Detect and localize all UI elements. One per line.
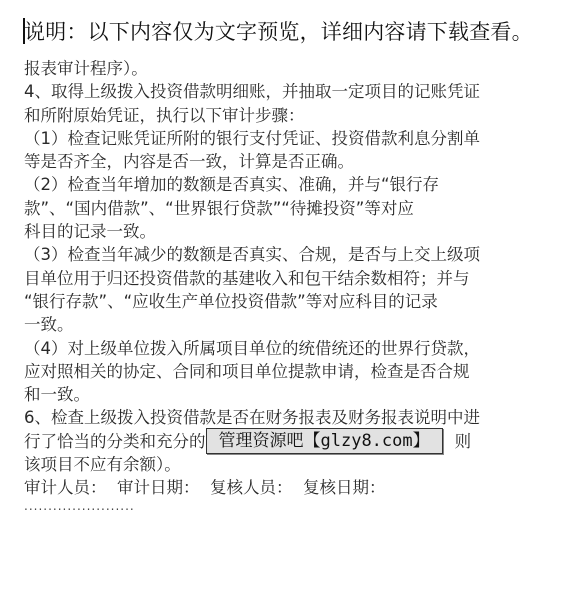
- watermark-line: 行了恰当的分类和充分的管理资源吧【glzy8.com】则: [24, 430, 564, 453]
- text-line: 该项目不应有余额）。: [24, 453, 564, 476]
- text-line: 4、取得上级拨入投资借款明细账，并抽取一定项目的记账凭证: [24, 80, 564, 103]
- text-line: 一致。: [24, 313, 564, 336]
- watermark-link[interactable]: 管理资源吧【glzy8.com】: [206, 428, 443, 454]
- text-line: 和所附原始凭证，执行以下审计步骤：: [24, 104, 564, 127]
- text-line: “银行存款”、“应收生产单位投资借款”等对应科目的记录: [24, 290, 564, 313]
- signature-line: 审计人员： 审计日期： 复核人员： 复核日期：: [24, 476, 564, 499]
- text-line: （2）检查当年增加的数额是否真实、准确，并与“银行存: [24, 173, 564, 196]
- text-line: 科目的记录一致。: [24, 220, 564, 243]
- text-before-watermark: 行了恰当的分类和充分的: [24, 432, 206, 451]
- text-line: 报表审计程序）。: [24, 57, 564, 80]
- text-line: （4）对上级单位拨入所属项目单位的统借统还的世界行贷款，: [24, 337, 564, 360]
- dotted-separator: .......................: [24, 500, 564, 516]
- text-line: （1）检查记账凭证所附的银行支付凭证、投资借款利息分割单: [24, 127, 564, 150]
- text-line: （3）检查当年减少的数额是否真实、合规，是否与上交上级项: [24, 243, 564, 266]
- text-line: 6、检查上级拨入投资借款是否在财务报表及财务报表说明中进: [24, 406, 564, 429]
- text-line: 款”、“国内借款”、“世界银行贷款”“待摊投资”等对应: [24, 197, 564, 220]
- text-line: 和一致。: [24, 383, 564, 406]
- text-line: 等是否齐全，内容是否一致，计算是否正确。: [24, 150, 564, 173]
- preview-notice: 说明：以下内容仅为文字预览，详细内容请下载查看。: [24, 18, 533, 46]
- document-body: 报表审计程序）。 4、取得上级拨入投资借款明细账，并抽取一定项目的记账凭证 和所…: [24, 57, 564, 516]
- text-after-watermark: 则: [455, 432, 472, 451]
- text-line: 应对照相关的协定、合同和项目单位提款申请，检查是否合规: [24, 360, 564, 383]
- text-line: 目单位用于归还投资借款的基建收入和包干结余数相符；并与: [24, 267, 564, 290]
